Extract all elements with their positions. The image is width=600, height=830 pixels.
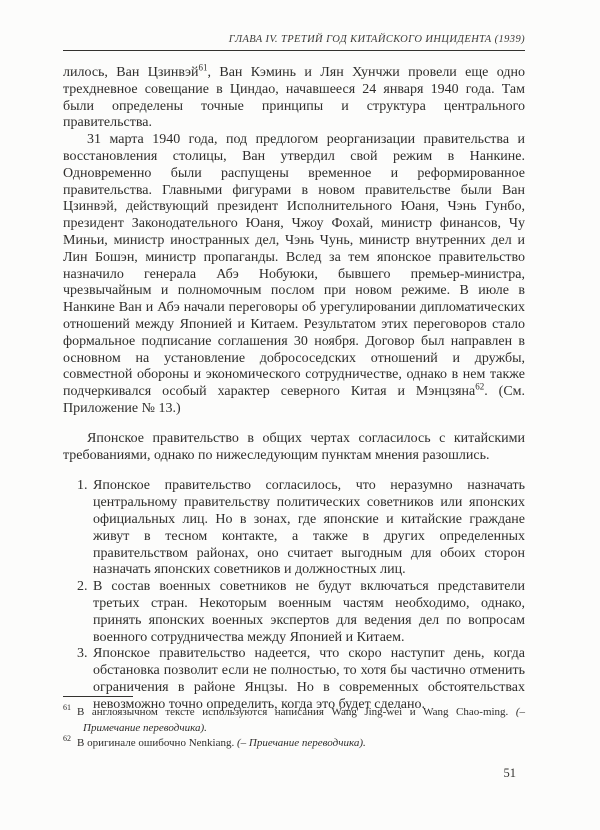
- footnote-ref-62: 62: [475, 381, 484, 391]
- paragraph-main: 31 марта 1940 года, под предлогом реорга…: [63, 132, 525, 418]
- footnote-block: 61В англоязычном тексте используются нап…: [63, 696, 525, 752]
- page-number: 51: [504, 766, 517, 781]
- paragraph-text: лилось, Ван Цзинвэй: [63, 65, 198, 80]
- footnote-translator-note: (– Приечание переводчика).: [237, 737, 366, 749]
- page-body: лилось, Ван Цзинвэй61, Ван Кэминь и Лян …: [63, 65, 525, 713]
- list-item: 2. В состав военных советников не будут …: [63, 579, 525, 646]
- footnote: 62В оригинале ошибочно Nenkiang. (– Прие…: [63, 736, 525, 752]
- list-item: 1. Японское правительство согласилось, ч…: [63, 478, 525, 579]
- footnote: 61В англоязычном тексте используются нап…: [63, 705, 525, 736]
- paragraph-continuation: лилось, Ван Цзинвэй61, Ван Кэминь и Лян …: [63, 65, 525, 132]
- footnote-number: 61: [63, 703, 71, 712]
- list-item-text: В состав военных советников не будут вкл…: [93, 579, 525, 644]
- list-item-text: Японское правительство согласилось, что …: [93, 478, 525, 577]
- list-number: 1.: [77, 478, 88, 495]
- paragraph-text: 31 марта 1940 года, под предлогом реорга…: [63, 132, 525, 399]
- numbered-list: 1. Японское правительство согласилось, ч…: [63, 478, 525, 713]
- paragraph-intro-list: Японское правительство в общих чертах со…: [63, 431, 525, 465]
- list-number: 3.: [77, 646, 88, 663]
- list-number: 2.: [77, 579, 88, 596]
- footnote-text: В англоязычном тексте используются напис…: [77, 706, 516, 718]
- header-rule: [63, 50, 525, 51]
- footnote-number: 62: [63, 734, 71, 743]
- book-page: ГЛАВА IV. ТРЕТИЙ ГОД КИТАЙСКОГО ИНЦИДЕНТ…: [0, 0, 600, 830]
- running-header: ГЛАВА IV. ТРЕТИЙ ГОД КИТАЙСКОГО ИНЦИДЕНТ…: [63, 34, 525, 45]
- footnote-separator: [63, 696, 133, 697]
- footnote-text: В оригинале ошибочно Nenkiang.: [77, 737, 237, 749]
